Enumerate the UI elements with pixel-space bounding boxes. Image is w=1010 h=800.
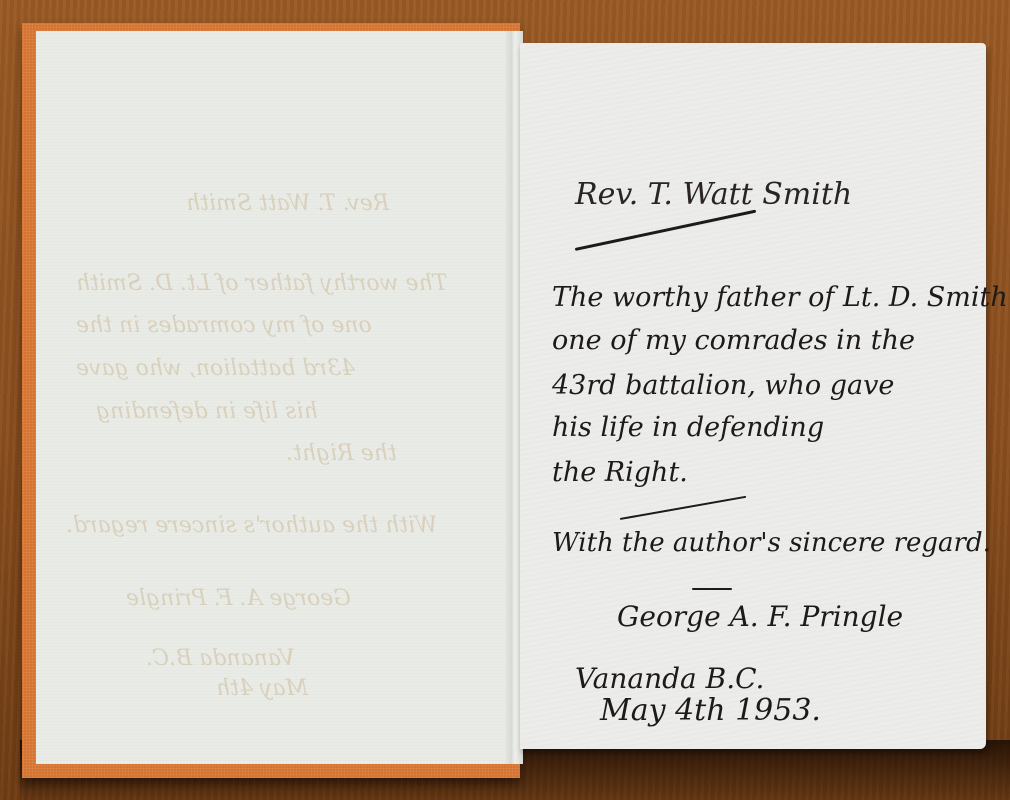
- show-through-line: May 4th: [216, 676, 308, 701]
- show-through-line: The worthy father of Lt. D. Smith: [76, 271, 447, 296]
- inscription-line: 43rd battalion, who gave: [552, 370, 894, 401]
- left-pastedown-page: Rev. T. Watt Smith The worthy father of …: [36, 31, 519, 764]
- inscription-line: the Right.: [552, 457, 688, 488]
- show-through-line: George A. F. Pringle: [126, 586, 351, 611]
- author-signature: George A. F. Pringle: [617, 600, 903, 633]
- inscription-line: his life in defending: [552, 412, 824, 443]
- inscription-line: The worthy father of Lt. D. Smith: [552, 282, 1008, 313]
- inscription-closing: With the author's sincere regard.: [552, 528, 991, 558]
- show-through-line: With the author's sincere regard.: [66, 513, 437, 538]
- signature-dash: [692, 588, 732, 590]
- inscription-date: May 4th 1953.: [600, 693, 821, 728]
- show-through-line: Vananda B.C.: [146, 646, 295, 671]
- show-through-line: 43rd battalion, who gave: [76, 356, 355, 381]
- show-through-line: the Right.: [286, 441, 397, 466]
- show-through-line: his life in defending: [96, 399, 318, 424]
- inscription-line: one of my comrades in the: [552, 325, 915, 356]
- inscription-place: Vananda B.C.: [575, 662, 764, 695]
- show-through-line: one of my comrades in the: [76, 313, 372, 338]
- inscription-recipient: Rev. T. Watt Smith: [575, 177, 852, 212]
- show-through-line: Rev. T. Watt Smith: [186, 191, 389, 216]
